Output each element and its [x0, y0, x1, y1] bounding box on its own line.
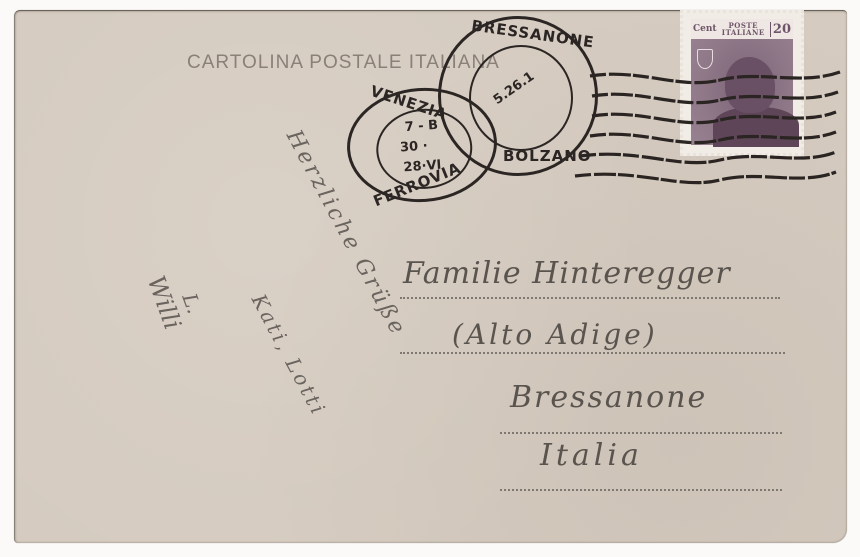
address-city: Bressanone [510, 380, 707, 415]
postmark-inner-ring [469, 45, 573, 151]
postmark-region: BOLZANO [503, 147, 592, 165]
postage-stamp: Cent POSTE ITALIANE 20 [680, 10, 804, 156]
address-region: (Alto Adige) [452, 318, 658, 351]
stamp-header: Cent POSTE ITALIANE 20 [691, 19, 793, 39]
address-line [400, 352, 785, 354]
address-recipient: Familie Hinteregger [403, 256, 731, 291]
stamp-value: 20 [770, 22, 791, 37]
address-country: Italia [540, 438, 643, 473]
postmark-time: 7 - B [404, 118, 438, 135]
address-line [500, 489, 782, 491]
stamp-country-line2: ITALIANE [722, 28, 765, 37]
portrait-shoulders [713, 107, 799, 147]
stamp-country: POSTE ITALIANE [722, 22, 765, 36]
crest-icon [697, 49, 713, 69]
stamp-image: Cent POSTE ITALIANE 20 [691, 19, 793, 145]
portrait-head-icon [725, 57, 775, 113]
address-line [500, 432, 782, 434]
postmark-bressanone: BRESSANONE 5.26.1 BOLZANO [438, 16, 598, 176]
postmark-day: 30 · [400, 139, 429, 156]
address-line [400, 297, 780, 299]
stamp-denomination-prefix: Cent [693, 24, 717, 34]
